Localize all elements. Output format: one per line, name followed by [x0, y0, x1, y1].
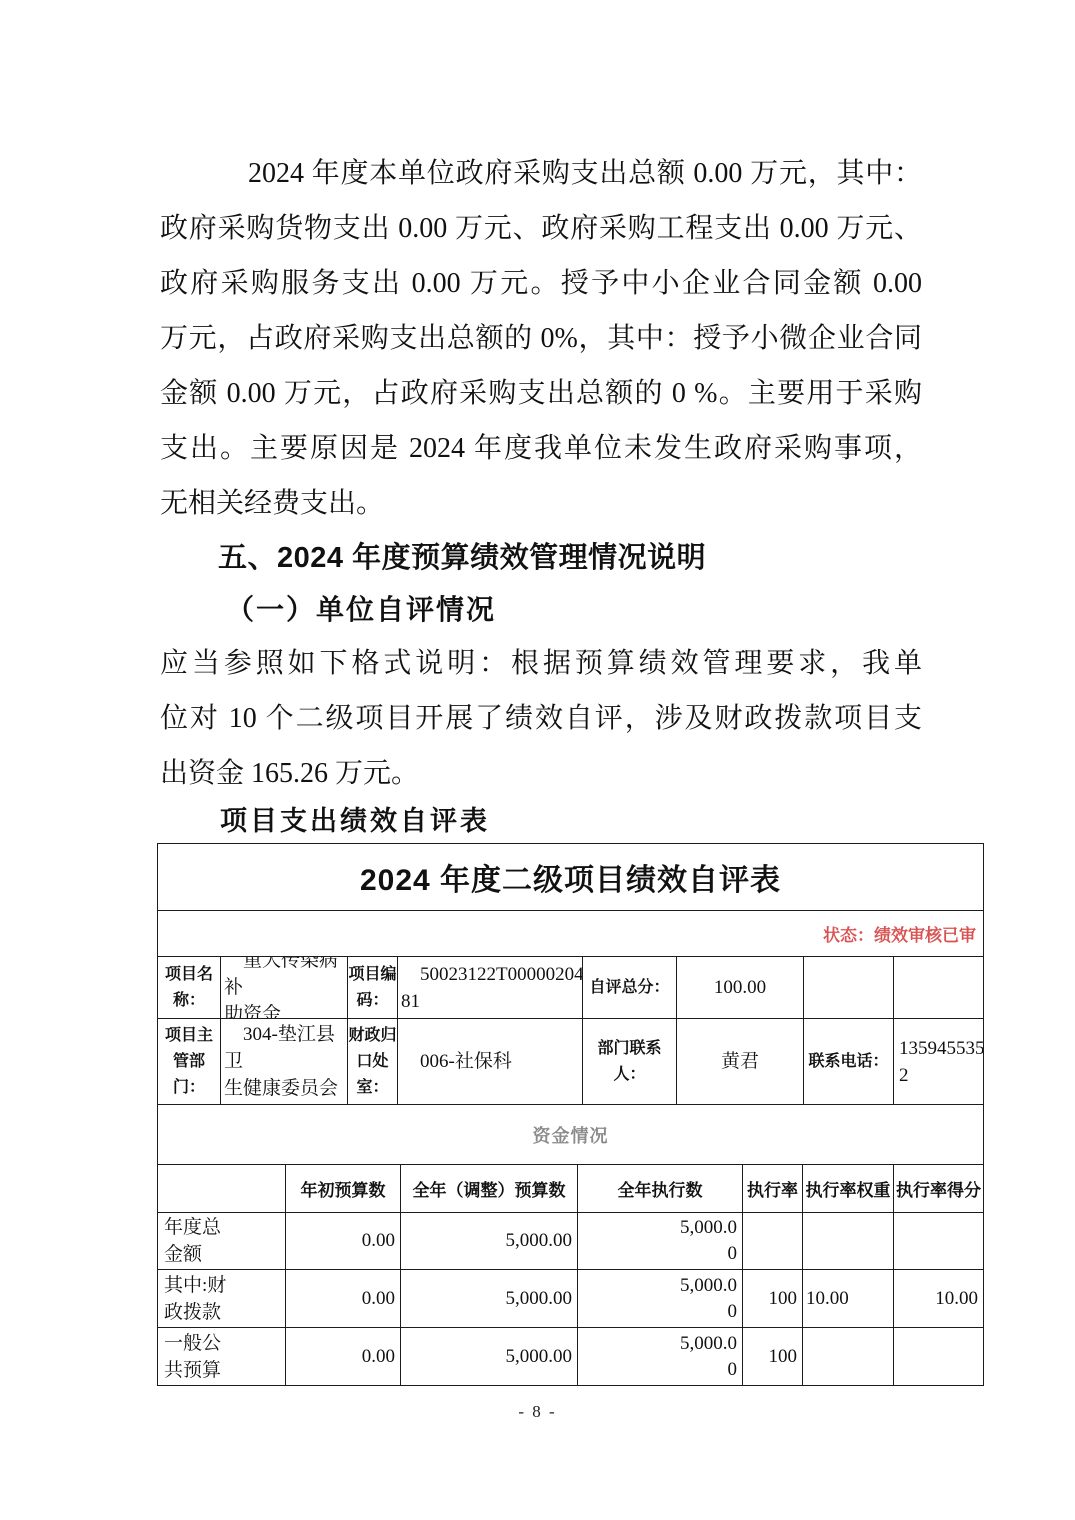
text-line: 万元，占政府采购支出总额的 0%，其中：授予小微企业合同 [160, 311, 922, 366]
text-line: 支出。主要原因是 2024 年度我单位未发生政府采购事项， [160, 421, 922, 476]
self-score-value: 100.00 [677, 957, 804, 1019]
finance-office-value: 006-社保科 [398, 1019, 583, 1105]
text-line: 应当参照如下格式说明：根据预算绩效管理要求，我单 [160, 636, 922, 691]
funds-value [894, 1213, 983, 1270]
funds-row-label: 一般公 共预算 [158, 1328, 286, 1385]
funds-value: 5,000.0 0 [578, 1270, 743, 1328]
empty-cell [804, 957, 894, 1019]
funds-header-exec-rate: 执行率 [743, 1165, 803, 1213]
funds-value: 5,000.0 0 [578, 1328, 743, 1385]
funds-value: 100 [743, 1270, 803, 1328]
project-name-label: 项目名 称： [158, 957, 221, 1019]
subsection-heading: （一）单位自评情况 [160, 586, 922, 636]
funds-value [894, 1328, 983, 1385]
supervisor-dept-label: 项目主 管部门： [158, 1019, 221, 1105]
funds-value: 0.00 [286, 1213, 401, 1270]
text-line: 政府采购货物支出 0.00 万元、政府采购工程支出 0.00 万元、 [160, 201, 922, 256]
funds-value: 5,000.00 [401, 1270, 578, 1328]
section-heading: 五、2024 年度预算绩效管理情况说明 [160, 531, 922, 586]
text-line: 出资金 165.26 万元。 [160, 746, 922, 801]
project-info-grid: 项目名 称： 重大传染病补 助资金 项目编 码： 50023122T000002… [158, 957, 983, 1105]
document-page: 2024 年度本单位政府采购支出总额 0.00 万元，其中： 政府采购货物支出 … [0, 0, 1075, 1520]
funds-header-adjusted-budget: 全年（调整）预算数 [401, 1165, 578, 1213]
supervisor-dept-value: 304-垫江县卫 生健康委员会 [221, 1019, 348, 1105]
project-code-label: 项目编 码： [348, 957, 398, 1019]
empty-cell [894, 957, 983, 1019]
table-caption: 项目支出绩效自评表 [160, 801, 922, 843]
funds-value [743, 1213, 803, 1270]
self-eval-table: 2024 年度二级项目绩效自评表 状态：绩效审核已审 项目名 称： 重大传染病补… [157, 843, 984, 1386]
self-score-label: 自评总分： [583, 957, 677, 1019]
contact-person-value: 黄君 [677, 1019, 804, 1105]
funds-row-label: 年度总 金额 [158, 1213, 286, 1270]
finance-office-label: 财政归 口处 室： [348, 1019, 398, 1105]
funds-header-executed: 全年执行数 [578, 1165, 743, 1213]
table-title: 2024 年度二级项目绩效自评表 [158, 844, 983, 911]
project-code-value: 50023122T0000020448 81 [398, 957, 583, 1019]
contact-phone-value: 1359455357 2 [894, 1019, 983, 1105]
funds-value: 10.00 [894, 1270, 983, 1328]
text-line: 位对 10 个二级项目开展了绩效自评，涉及财政拨款项目支 [160, 691, 922, 746]
funds-row-label: 其中:财 政拨款 [158, 1270, 286, 1328]
funds-value: 10.00 [803, 1270, 894, 1328]
contact-person-label: 部门联系人： [583, 1019, 677, 1105]
funds-header-initial-budget: 年初预算数 [286, 1165, 401, 1213]
text-line: 无相关经费支出。 [160, 476, 922, 531]
text-line: 政府采购服务支出 0.00 万元。授予中小企业合同金额 0.00 [160, 256, 922, 311]
funds-header-rate-score: 执行率得分 [894, 1165, 983, 1213]
procurement-paragraph: 2024 年度本单位政府采购支出总额 0.00 万元，其中： 政府采购货物支出 … [160, 146, 922, 531]
contact-phone-label: 联系电话： [804, 1019, 894, 1105]
funds-value: 0.00 [286, 1328, 401, 1385]
funds-value: 5,000.00 [401, 1213, 578, 1270]
funds-value: 5,000.0 0 [578, 1213, 743, 1270]
status-text: 状态：绩效审核已审 [158, 911, 983, 957]
funds-header-rate-weight: 执行率权重 [803, 1165, 894, 1213]
funds-section-header: 资金情况 [158, 1105, 983, 1165]
page-content: 2024 年度本单位政府采购支出总额 0.00 万元，其中： 政府采购货物支出 … [160, 146, 922, 1386]
project-name-value: 重大传染病补 助资金 [221, 957, 348, 1019]
funds-value: 0.00 [286, 1270, 401, 1328]
funds-grid: 年初预算数 全年（调整）预算数 全年执行数 执行率 执行率权重 执行率得分 年度… [158, 1165, 983, 1385]
text-line: 2024 年度本单位政府采购支出总额 0.00 万元，其中： [160, 146, 922, 201]
self-eval-paragraph: 应当参照如下格式说明：根据预算绩效管理要求，我单 位对 10 个二级项目开展了绩… [160, 636, 922, 801]
funds-value: 5,000.00 [401, 1328, 578, 1385]
funds-value [803, 1328, 894, 1385]
text-line: 金额 0.00 万元，占政府采购支出总额的 0 %。主要用于采购 [160, 366, 922, 421]
page-number: - 8 - [0, 1402, 1075, 1422]
funds-value: 100 [743, 1328, 803, 1385]
funds-value [803, 1213, 894, 1270]
funds-header-empty [158, 1165, 286, 1213]
